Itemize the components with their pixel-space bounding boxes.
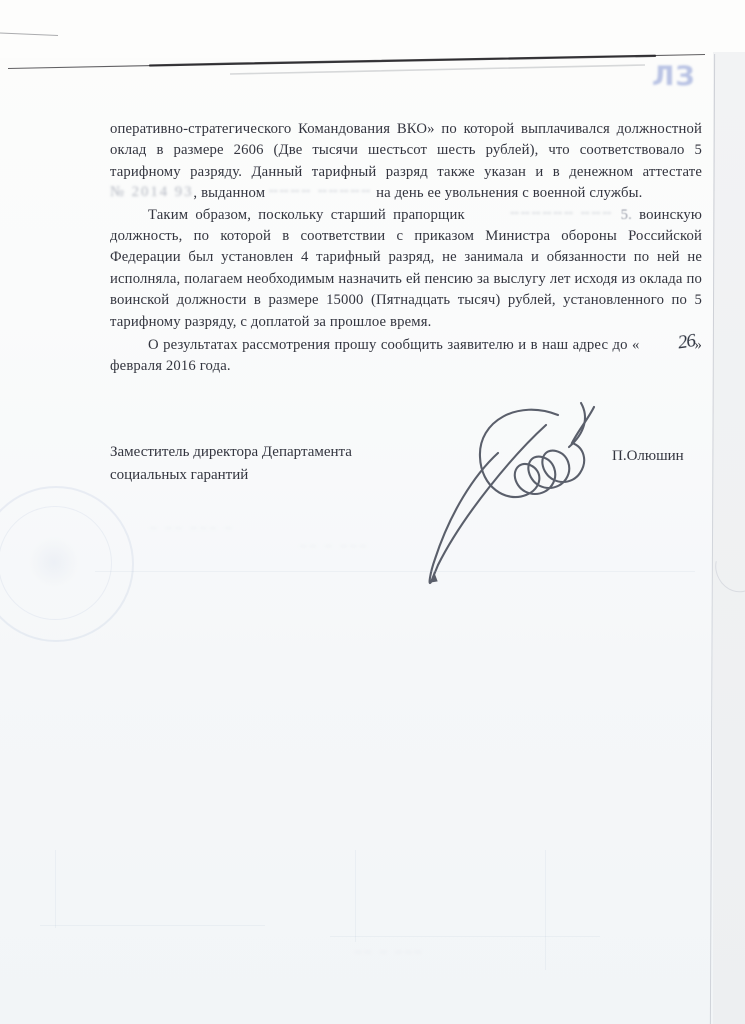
signature-title-line1: Заместитель директора Департамента <box>110 441 352 464</box>
bleed-through-line <box>40 925 265 926</box>
redaction-smudge-name: ╌╌╌╌╌╌ ╌╌╌ <box>472 204 613 225</box>
stamp-bleedthrough-core <box>28 536 80 588</box>
paragraph-3: О результатах рассмотрения прошу сообщит… <box>110 333 702 378</box>
bleed-through-smear: ╌ ╌╌ ╌╌╌ ╌ <box>150 522 235 535</box>
scanned-page: ЛЗ оперативно-стратегического Командован… <box>0 0 745 1024</box>
bleed-through-smear: ╌╌ ╌ ╌╌╌ <box>300 540 369 553</box>
page-top-strip <box>0 0 745 58</box>
paragraph-1-text: , выданном <box>193 185 265 201</box>
stamp-bleedthrough <box>0 486 134 642</box>
bleed-through-line <box>55 850 56 928</box>
redaction-remnant: 5. <box>621 207 632 223</box>
scanner-gutter <box>713 52 745 1024</box>
redaction-smudge-attestat-number: № 2014 93 <box>110 182 193 203</box>
signature-title: Заместитель директора Департамента социа… <box>110 441 352 487</box>
paragraph-1-text: на день ее увольнения с военной службы. <box>376 185 642 201</box>
letter-body: оперативно-стратегического Командования … <box>110 119 702 378</box>
paragraph-1: оперативно-стратегического Командования … <box>110 119 702 205</box>
paragraph-1-text: оперативно-стратегического Командования … <box>110 121 702 180</box>
signature-title-line2: социальных гарантий <box>110 464 352 487</box>
bleed-through-line <box>355 850 356 942</box>
signer-name: П.Олюшин <box>612 448 684 465</box>
bleed-through-line <box>330 936 600 937</box>
bleed-through-smear: ╌╌ ╌ ╌╌╌ <box>355 946 424 959</box>
bleed-through-line <box>95 571 695 572</box>
redaction-smudge-issuer: ╌╌╌╌ ╌╌╌╌╌ <box>269 182 372 203</box>
handwritten-signature <box>418 393 608 613</box>
paragraph-2-text: Таким образом, поскольку старший прапорщ… <box>148 207 465 223</box>
paragraph-2-text: воинскую должность, по которой в соответ… <box>110 207 702 330</box>
paragraph-2: Таким образом, поскольку старший прапорщ… <box>110 205 702 333</box>
bleed-through-line <box>545 850 546 970</box>
handwritten-day: 26 <box>638 330 695 359</box>
paragraph-3-text: О результатах рассмотрения прошу сообщит… <box>148 337 640 353</box>
bleed-through-glyphs: ЛЗ <box>652 64 686 90</box>
